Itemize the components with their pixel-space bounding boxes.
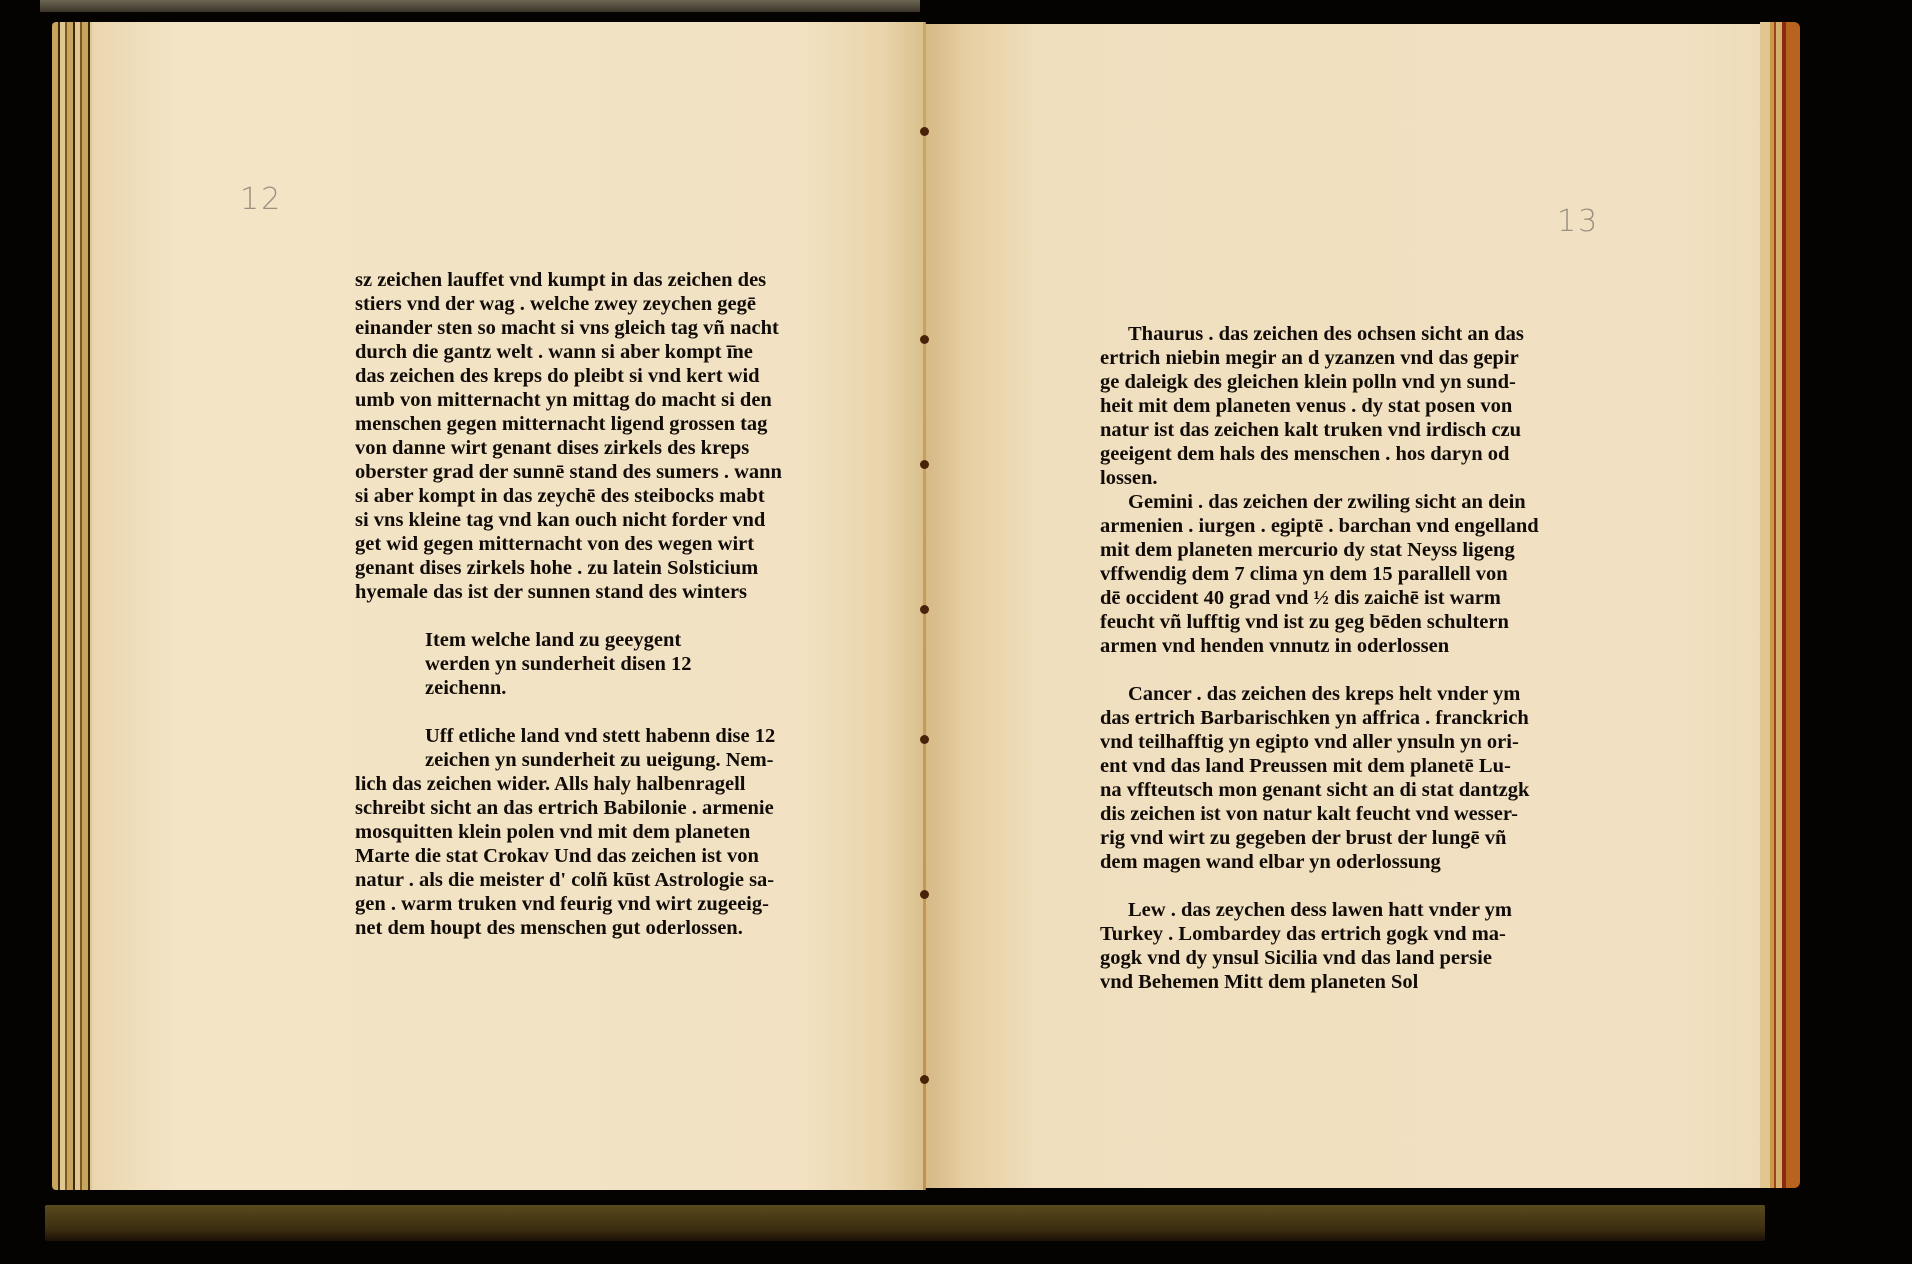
paragraph: Uff etliche land vnd stett habenn dise 1… <box>355 724 782 940</box>
paragraph: sz zeichen lauffet vnd kumpt in das zeic… <box>355 268 782 604</box>
text-line: Turkey . Lombardey das ertrich gogk vnd … <box>1100 922 1539 946</box>
text-line: gogk vnd dy ynsul Sicilia vnd das land p… <box>1100 946 1539 970</box>
text-line: dem magen wand elbar yn oderlossung <box>1100 850 1539 874</box>
book-cover-bottom <box>45 1205 1765 1241</box>
text-line: Thaurus . das zeichen des ochsen sicht a… <box>1100 322 1539 346</box>
text-line: Marte die stat Crokav Und das zeichen is… <box>355 844 782 868</box>
stitch-hole <box>920 127 929 136</box>
heading-line: zeichenn. <box>425 676 782 700</box>
text-line: na vffteutsch mon genant sicht an di sta… <box>1100 778 1539 802</box>
text-line: Cancer . das zeichen des kreps helt vnde… <box>1100 682 1539 706</box>
text-line: schreibt sicht an das ertrich Babilonie … <box>355 796 782 820</box>
text-line: Lew . das zeychen dess lawen hatt vnder … <box>1100 898 1539 922</box>
text-line: rig vnd wirt zu gegeben der brust der lu… <box>1100 826 1539 850</box>
text-line: Uff etliche land vnd stett habenn dise 1… <box>355 724 782 748</box>
text-line: vffwendig dem 7 clima yn dem 15 parallel… <box>1100 562 1539 586</box>
text-line: dē occident 40 grad vnd ½ dis zaichē ist… <box>1100 586 1539 610</box>
text-line: natur . als die meister d' colñ kūst Ast… <box>355 868 782 892</box>
left-page-text: sz zeichen lauffet vnd kumpt in das zeic… <box>355 268 782 940</box>
right-fore-edge <box>1760 22 1800 1188</box>
text-line: Gemini . das zeichen der zwiling sicht a… <box>1100 490 1539 514</box>
heading-line: Item welche land zu geeygent <box>425 628 782 652</box>
text-line: umb von mitternacht yn mittag do macht s… <box>355 388 782 412</box>
text-line: durch die gantz welt . wann si aber komp… <box>355 340 782 364</box>
text-line: dis zeichen ist von natur kalt feucht vn… <box>1100 802 1539 826</box>
stitch-hole <box>920 460 929 469</box>
text-line: von danne wirt genant dises zirkels des … <box>355 436 782 460</box>
stitch-hole <box>920 1075 929 1084</box>
text-line: vnd Behemen Mitt dem planeten Sol <box>1100 970 1539 994</box>
text-line: das zeichen des kreps do pleibt si vnd k… <box>355 364 782 388</box>
paragraph-taurus: Thaurus . das zeichen des ochsen sicht a… <box>1100 322 1539 490</box>
text-line: menschen gegen mitternacht ligend grosse… <box>355 412 782 436</box>
stitch-hole <box>920 605 929 614</box>
text-line: armen vnd henden vnnutz in oderlossen <box>1100 634 1539 658</box>
text-line: vnd teilhafftig yn egipto vnd aller ynsu… <box>1100 730 1539 754</box>
text-line: hyemale das ist der sunnen stand des win… <box>355 580 782 604</box>
text-line: sz zeichen lauffet vnd kumpt in das zeic… <box>355 268 782 292</box>
right-page-text: Thaurus . das zeichen des ochsen sicht a… <box>1100 322 1539 994</box>
text-line: gen . warm truken vnd feurig vnd wirt zu… <box>355 892 782 916</box>
text-line: mosquitten klein polen vnd mit dem plane… <box>355 820 782 844</box>
text-line: ertrich niebin megir an d yzanzen vnd da… <box>1100 346 1539 370</box>
text-line: geeigent dem hals des menschen . hos dar… <box>1100 442 1539 466</box>
text-line: natur ist das zeichen kalt truken vnd ir… <box>1100 418 1539 442</box>
stitch-hole <box>920 335 929 344</box>
text-line: armenien . iurgen . egiptē . barchan vnd… <box>1100 514 1539 538</box>
paragraph-gemini: Gemini . das zeichen der zwiling sicht a… <box>1100 490 1539 658</box>
heading-line: werden yn sunderheit disen 12 <box>425 652 782 676</box>
stitch-hole <box>920 890 929 899</box>
text-line: mit dem planeten mercurio dy stat Neyss … <box>1100 538 1539 562</box>
text-line: feucht vñ lufftig vnd ist zu geg bēden s… <box>1100 610 1539 634</box>
stitch-hole <box>920 735 929 744</box>
text-line: heit mit dem planeten venus . dy stat po… <box>1100 394 1539 418</box>
text-line: stiers vnd der wag . welche zwey zeychen… <box>355 292 782 316</box>
text-line: oberster grad der sunnē stand des sumers… <box>355 460 782 484</box>
paragraph-cancer: Cancer . das zeichen des kreps helt vnde… <box>1100 682 1539 874</box>
text-line: einander sten so macht si vns gleich tag… <box>355 316 782 340</box>
page-number-left: 12 <box>240 182 282 217</box>
paragraph-leo: Lew . das zeychen dess lawen hatt vnder … <box>1100 898 1539 994</box>
section-heading: Item welche land zu geeygent werden yn s… <box>355 628 782 700</box>
text-line: das ertrich Barbarischken yn affrica . f… <box>1100 706 1539 730</box>
text-line: lich das zeichen wider. Alls haly halben… <box>355 772 782 796</box>
page-number-right: 13 <box>1557 204 1599 239</box>
text-line: ge daleigk des gleichen klein polln vnd … <box>1100 370 1539 394</box>
text-line: si aber kompt in das zeychē des steibock… <box>355 484 782 508</box>
text-line: net dem houpt des menschen gut oderlosse… <box>355 916 782 940</box>
text-line: si vns kleine tag vnd kan ouch nicht for… <box>355 508 782 532</box>
text-line: ent vnd das land Preussen mit dem planet… <box>1100 754 1539 778</box>
text-line: zeichen yn sunderheit zu ueigung. Nem- <box>355 748 782 772</box>
text-line: lossen. <box>1100 466 1539 490</box>
text-line: genant dises zirkels hohe . zu latein So… <box>355 556 782 580</box>
background-top-strip <box>40 0 920 12</box>
text-line: get wid gegen mitternacht von des wegen … <box>355 532 782 556</box>
